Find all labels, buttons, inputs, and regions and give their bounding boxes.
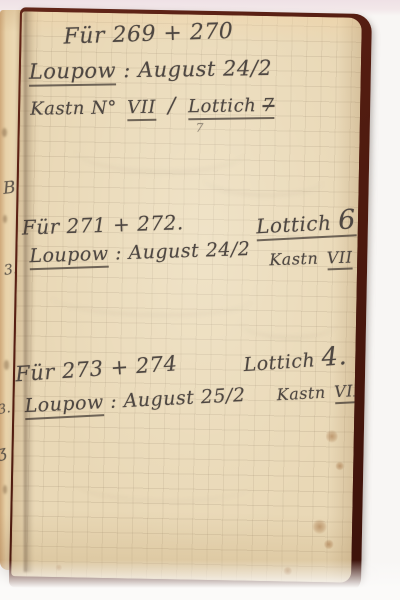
scanner-background-bottom	[0, 560, 400, 600]
entry-2-title: Für 271 + 272.	[22, 210, 185, 239]
entry-2-lottich: Lottich 6	[255, 204, 356, 240]
entry-1-name: Loupow	[29, 58, 117, 86]
margin-fragment: ʒ	[0, 441, 8, 461]
ink-showthrough	[51, 280, 252, 318]
ink-showthrough	[73, 462, 254, 503]
ink-showthrough	[241, 308, 337, 340]
entry-3-lottich-word: Lottich	[243, 349, 316, 376]
margin-fragment: 3.	[0, 401, 12, 418]
entry-1-detail: : August 24/2	[123, 56, 272, 82]
entry-3-lottich-value: 4.	[321, 341, 348, 373]
entry-3-detail: : August 25/2	[110, 384, 246, 413]
entry-1-line3: Kastn N° VII / Lottich 7	[30, 92, 275, 121]
ink-showthrough	[203, 163, 324, 197]
entry-2-detail: : August 24/2	[115, 238, 251, 264]
entry-1-line2: Loupow : August 24/2	[29, 56, 273, 84]
scanned-notebook-photo: B. 3. 3. ʒ Für 269 + 270 Loupow : Aug	[0, 0, 400, 600]
entry-3-kastn: Kastn VII	[276, 381, 360, 404]
entry-3-title: Für 273 + 274	[14, 351, 178, 386]
entry-1-separator: /	[162, 93, 182, 118]
foxing-stain	[312, 519, 327, 534]
entry-1-label: Kastn N°	[30, 97, 117, 119]
entry-3-line2: Loupow : August 25/2	[24, 384, 246, 417]
notebook: Für 269 + 270 Loupow : August 24/2 Kastn…	[9, 7, 372, 594]
notebook-page: Für 269 + 270 Loupow : August 24/2 Kastn…	[11, 11, 362, 582]
entry-1-title: Für 269 + 270	[63, 19, 234, 50]
foxing-stain	[335, 461, 344, 470]
entry-2-line2: Loupow : August 24/2	[29, 238, 251, 267]
entry-2-name: Loupow	[29, 243, 109, 271]
paper-notch	[4, 360, 9, 370]
entry-3-lottich: Lottich 4.	[242, 341, 348, 378]
entry-1-lottich-word: Lottich	[188, 95, 257, 117]
foxing-stain	[324, 539, 334, 549]
entry-2-lottich-value: 6	[337, 204, 356, 236]
entry-1-roman: VII	[127, 97, 156, 121]
paper-notch	[3, 215, 7, 223]
stray-pencil-mark: 7	[196, 121, 204, 135]
entry-2-lottich-underline: Lottich 6	[255, 209, 356, 241]
entry-2-roman: VII	[326, 248, 352, 271]
foxing-stain	[326, 429, 338, 443]
paper-notch	[3, 485, 7, 494]
paper-notch	[2, 128, 7, 137]
entry-2-lottich-word: Lottich	[255, 211, 331, 239]
entry-2-label: Kastn	[269, 249, 319, 270]
entry-3-label: Kastn	[276, 383, 326, 404]
entry-1-lottich-value: 7	[262, 95, 274, 116]
entry-2-kastn: Kastn VII	[269, 248, 353, 270]
gutter-shadow	[24, 10, 34, 572]
entry-1-lottich: Lottich 7	[188, 95, 275, 120]
entry-3-name: Loupow	[24, 391, 104, 420]
